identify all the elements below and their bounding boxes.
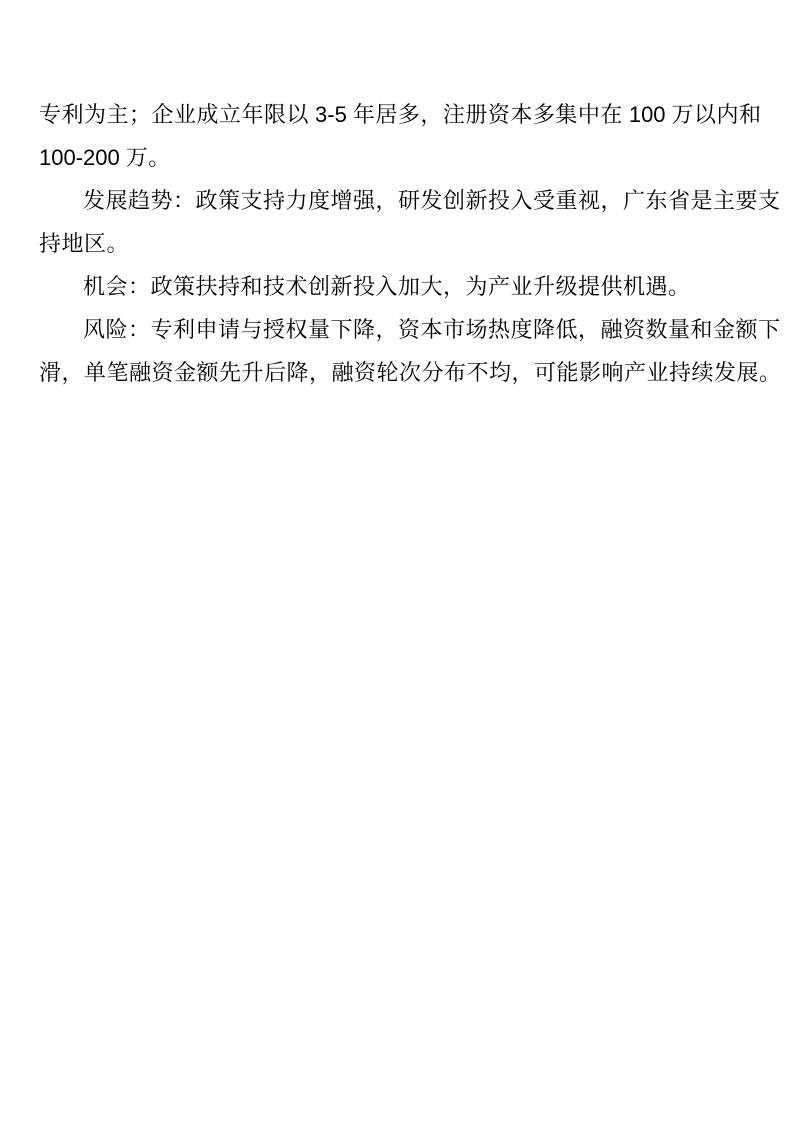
text-line: 滑，单笔融资金额先升后降，融资轮次分布不均，可能影响产业持续发展。 — [39, 351, 754, 394]
text-line: 持地区。 — [39, 222, 754, 265]
text-line: 机会：政策扶持和技术创新投入加大，为产业升级提供机遇。 — [39, 265, 754, 308]
paragraph-opportunity: 机会：政策扶持和技术创新投入加大，为产业升级提供机遇。 — [39, 265, 754, 308]
text-line: 100-200 万。 — [39, 136, 754, 179]
paragraph-risk: 风险：专利申请与授权量下降，资本市场热度降低，融资数量和金额下滑，单笔融资金额先… — [39, 308, 754, 394]
numeric-text: 100 — [629, 102, 666, 127]
document-page: 专利为主；企业成立年限以 3-5 年居多，注册资本多集中在 100 万以内和10… — [0, 0, 794, 1123]
text-line: 专利为主；企业成立年限以 3-5 年居多，注册资本多集中在 100 万以内和 — [39, 93, 754, 136]
numeric-text: 100-200 — [39, 145, 120, 170]
document-body: 专利为主；企业成立年限以 3-5 年居多，注册资本多集中在 100 万以内和10… — [39, 93, 754, 394]
paragraph-company-profile-continuation: 专利为主；企业成立年限以 3-5 年居多，注册资本多集中在 100 万以内和10… — [39, 93, 754, 179]
paragraph-development-trend: 发展趋势：政策支持力度增强，研发创新投入受重视，广东省是主要支持地区。 — [39, 179, 754, 265]
text-line: 发展趋势：政策支持力度增强，研发创新投入受重视，广东省是主要支 — [39, 179, 754, 222]
numeric-text: 3-5 — [315, 102, 347, 127]
text-line: 风险：专利申请与授权量下降，资本市场热度降低，融资数量和金额下 — [39, 308, 754, 351]
